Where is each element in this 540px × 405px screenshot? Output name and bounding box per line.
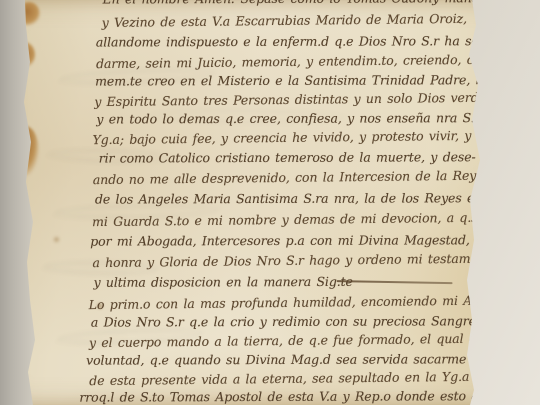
handwriting-line: Yg.a; bajo cuia fee, y creencia he vivid… [92, 128, 500, 148]
handwriting-line: y ultima disposicion en la manera Sig.te [94, 274, 353, 290]
handwriting-line: y Espiritu Santo tres Personas distintas… [94, 89, 514, 109]
handwriting-block: En el nombre Amen: Sepase como io Tomas … [0, 0, 540, 405]
photo-backdrop: En el nombre Amen: Sepase como io Tomas … [0, 0, 540, 405]
handwriting-line: allandome indispuesto e la enferm.d q.e … [96, 33, 511, 49]
manuscript-page: En el nombre Amen: Sepase como io Tomas … [0, 0, 540, 405]
flourish-rule [337, 280, 453, 284]
handwriting-line: voluntad, q.e quando su Divina Mag.d sea… [86, 351, 466, 367]
handwriting-line: y Vezino de esta V.a Escarrubias Marido … [102, 11, 467, 30]
handwriting-line: mi Guarda S.to e mi nombre y demas de mi… [92, 209, 514, 229]
handwriting-line: Lo prim.o con la mas profunda humildad, … [89, 293, 496, 313]
handwriting-line: a Dios Nro S.r q.e la crio y redimio con… [91, 313, 476, 329]
handwriting-line: y en todo lo demas q.e cree, confiesa, y… [96, 110, 533, 127]
handwriting-line: rroq.l de S.to Tomas Apostol de esta V.a… [79, 388, 501, 404]
handwriting-line: de los Angeles Maria Santisima S.ra nra,… [95, 190, 474, 206]
handwriting-line: En el nombre Amen: Sepase como io Tomas … [103, 0, 487, 6]
handwriting-line: y el cuerpo mando a la tierra, de q.e fu… [89, 330, 504, 350]
handwriting-line: a honra y Gloria de Dios Nro S.r hago y … [92, 251, 486, 270]
handwriting-line: ando no me alle desprevenido, con la Int… [93, 168, 492, 188]
handwriting-line: mem.te creo en el Misterio e la Santisim… [95, 72, 499, 88]
handwriting-line: darme, sein mi Juicio, memoria, y entend… [96, 51, 524, 71]
handwriting-line: rir como Catolico cristiano temeroso de … [99, 149, 476, 165]
handwriting-line: por mi Abogada, Intercesores p.a con mi … [90, 232, 470, 248]
handwriting-line: de esta presente vida a la eterna, sea s… [89, 369, 494, 389]
